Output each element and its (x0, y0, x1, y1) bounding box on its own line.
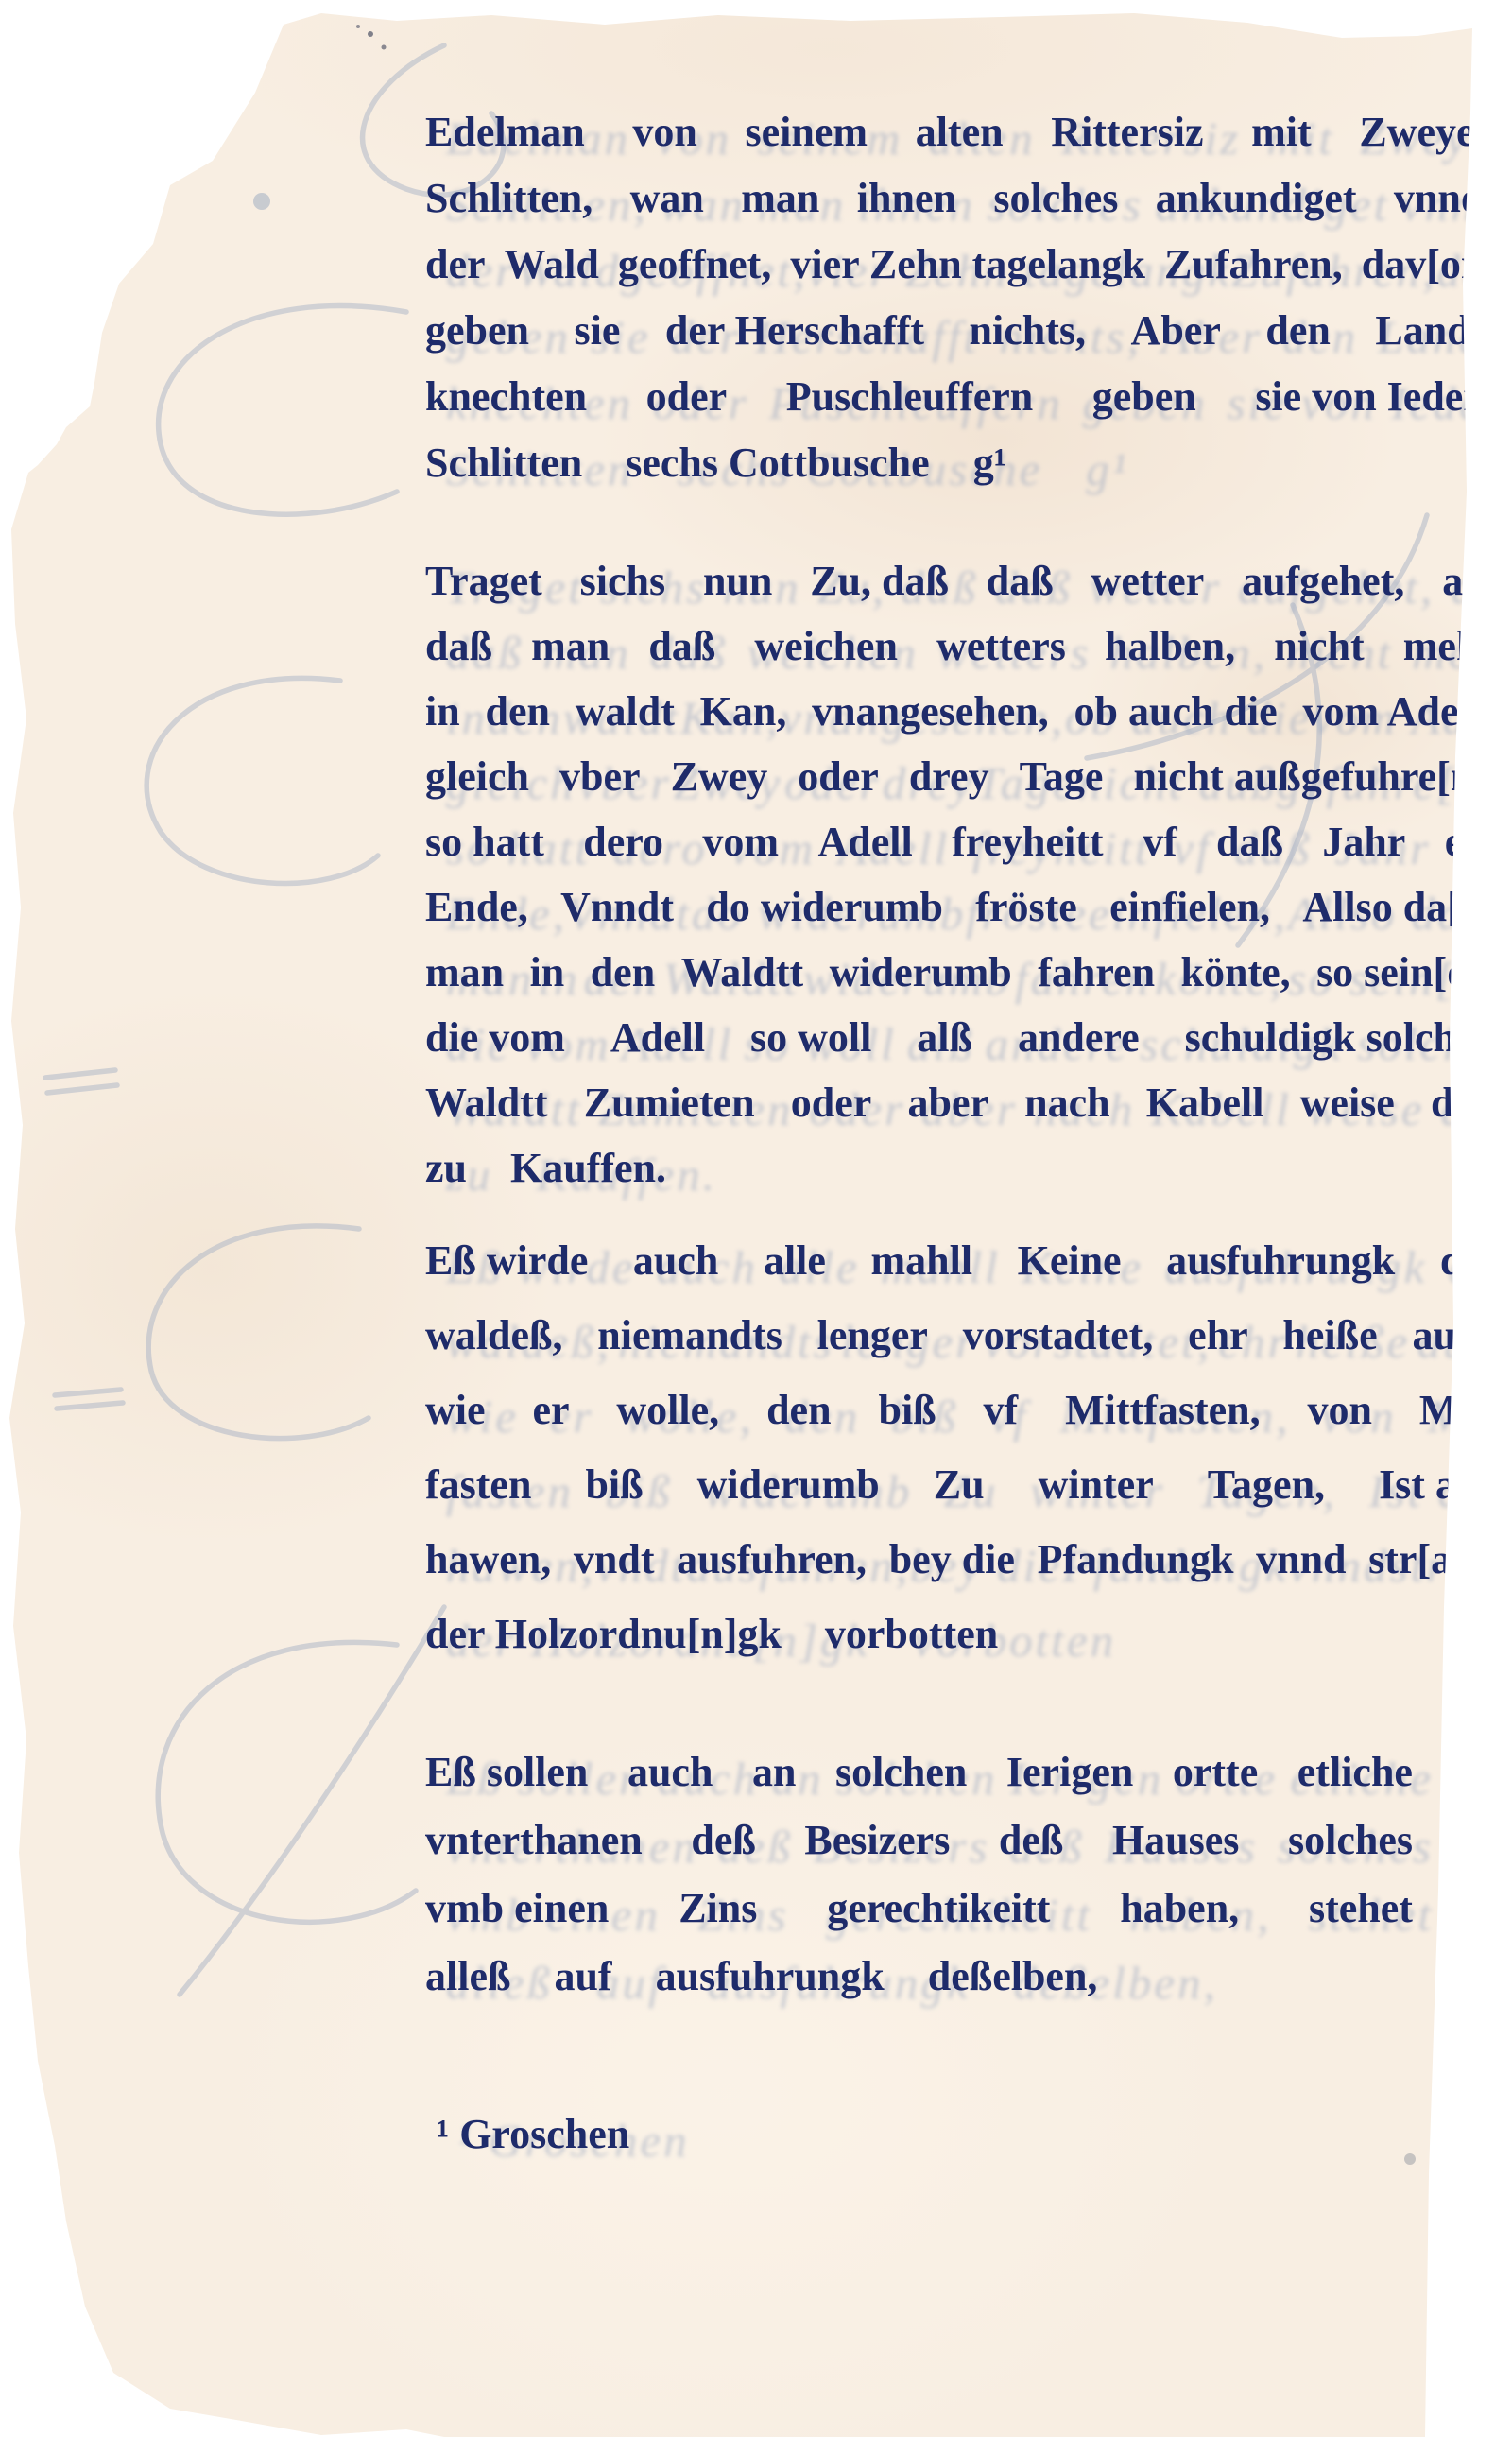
word-group: hawen, (425, 1535, 551, 1583)
word-group: er (532, 1386, 569, 1434)
word-group: ankundiget (1156, 174, 1357, 222)
paragraph-p1: EdelmanvonseinemaltenRittersizmitZweyenS… (425, 98, 1498, 495)
word-group: Zwey (671, 752, 768, 801)
word-group: knechten (425, 372, 587, 421)
text-line: fastenbißwiderumbZuwinterTagen,Ist alle (425, 1447, 1498, 1522)
word-group: widerumb (830, 948, 1012, 996)
word-group: ortte (1173, 1748, 1258, 1796)
word-group: solchen (835, 1748, 967, 1796)
word-group: geben (425, 306, 529, 354)
word-group: mehr (1403, 622, 1498, 670)
word-group: Schlitten, (425, 174, 593, 222)
word-group: Puschleuffern (786, 372, 1034, 421)
word-group: sie von Iedem (1255, 372, 1498, 421)
text-line: vmb einenZinsgerechtikeitthaben,stehet (425, 1874, 1413, 1942)
word-group: der Herschafft (665, 306, 924, 354)
word-group: auch (1412, 1311, 1497, 1359)
text-line: Schlittensechs Cottbuscheg¹ (425, 429, 1498, 495)
word-group: vndt (574, 1535, 655, 1583)
word-group: dav[on] (1362, 240, 1498, 288)
word-group: Zu, daß (810, 557, 949, 605)
word-group: drey (909, 752, 989, 801)
word-group: mahll (870, 1236, 972, 1285)
word-group: widerumb (697, 1460, 880, 1509)
word-group: nicht (1274, 622, 1364, 670)
word-group: die vom (425, 1013, 565, 1062)
word-group: mit (1251, 108, 1312, 156)
word-group: ein (1445, 818, 1498, 866)
word-group: Tagen, (1208, 1460, 1325, 1509)
word-group: daß (425, 622, 492, 670)
transcription-text: EdelmanvonseinemaltenRittersizmitZweyenS… (0, 0, 1512, 2437)
word-group: lenger (817, 1311, 928, 1359)
word-group: Zu (934, 1460, 985, 1509)
text-line: gleichvberZweyoderdreyTagenicht außgefuh… (425, 744, 1498, 809)
word-group: fröste (975, 883, 1077, 931)
word-group: gerechtikeitt (827, 1884, 1050, 1932)
word-group: gleich (425, 752, 529, 801)
word-group: man (741, 174, 819, 222)
word-group: vnndt (1394, 174, 1498, 222)
paragraph-p3: Eß wirdeauchallemahllKeineausfuhrungkdes… (425, 1223, 1498, 1671)
word-group: vom Ade[l] (1302, 687, 1498, 735)
word-group: heiße (1282, 1311, 1377, 1359)
text-line: manindenWaldttwiderumbfahrenkönte,so sei… (425, 940, 1498, 1005)
text-line: knechtenoderPuschleufferngebensie von Ie… (425, 363, 1498, 429)
word-group: vnnd (1256, 1535, 1346, 1583)
word-group: Waldtt (681, 948, 804, 996)
text-line: alleßaufausfuhrungkdeßelben, (425, 1942, 1413, 2010)
word-group: deßelben, (928, 1952, 1098, 2000)
word-group: solches (1288, 1816, 1413, 1864)
word-group: Zweyen (1359, 108, 1498, 156)
word-group: ob auch die (1074, 687, 1278, 735)
text-line: die vomAdellso wollalßandereschuldigk so… (425, 1005, 1498, 1070)
word-group: Adell (817, 818, 912, 866)
word-group: Wald (505, 240, 599, 288)
word-group: in (425, 687, 460, 735)
word-group: Schlitten (425, 439, 582, 487)
word-group: dero (583, 818, 663, 866)
word-group: so sein[dt] (1316, 948, 1498, 996)
word-group: den (766, 1386, 831, 1434)
word-group: oder (798, 752, 879, 801)
word-group: alle (764, 1236, 826, 1285)
word-group: des (1449, 1240, 1512, 1294)
word-group: wan (630, 174, 704, 222)
word-group: wetter (1091, 557, 1205, 605)
word-group: sie (575, 306, 621, 354)
word-group: vier Zehn tagelangk (790, 240, 1145, 288)
word-group: Ist alle (1379, 1460, 1498, 1509)
word-group: könte, (1181, 948, 1291, 996)
word-group: Eß sollen (425, 1748, 588, 1796)
word-group: Waldtt (425, 1079, 548, 1127)
word-group: einfielen, (1109, 883, 1270, 931)
word-group: Ende, (425, 883, 528, 931)
word-group: zu (425, 1144, 467, 1192)
word-group: vber (559, 752, 641, 801)
word-group: Keine (1018, 1236, 1122, 1285)
word-group: alten (916, 108, 1004, 156)
word-group: biß (878, 1386, 936, 1434)
word-group: vf (984, 1386, 1019, 1434)
word-group: auch (633, 1236, 718, 1285)
word-group: weichen (754, 622, 898, 670)
word-group: freyheitt (952, 818, 1103, 866)
text-line: Ende,Vnndtdo widerumbfrösteeinfielen,All… (425, 874, 1498, 940)
word-group: do widerumb (706, 883, 943, 931)
word-group: solches (993, 174, 1118, 222)
word-group: Vnndt (560, 883, 674, 931)
word-group: des (1440, 1236, 1498, 1285)
text-line: Schlitten,wanmanihnensolchesankundigetvn… (425, 164, 1498, 231)
word-group: daß (987, 557, 1054, 605)
word-group: Adell (610, 1013, 705, 1062)
word-group: wolle, (616, 1386, 719, 1434)
word-group: Pfandungk (1038, 1535, 1234, 1583)
word-group: dan (1440, 1082, 1512, 1136)
text-line: wieerwolle,denbißvfMittfasten,vonMit- (425, 1373, 1498, 1447)
text-line: der Holzordnu[n]gkvorbotten (425, 1597, 1498, 1671)
text-line: vnterthanendeßBesizersdeßHausessolches (425, 1806, 1413, 1874)
paragraph-footnote: ¹ Groschen (437, 2100, 629, 2167)
word-group: fasten (425, 1460, 531, 1509)
word-group: Traget (425, 557, 542, 605)
word-group: oder (646, 372, 728, 421)
text-line: daßmandaßweichenwettershalben,nichtmehr (425, 614, 1498, 679)
word-group: der Holzordnu[n]gk (425, 1610, 782, 1658)
word-group: geben (1092, 372, 1196, 421)
word-group: winter (1039, 1460, 1154, 1509)
paragraph-p2: TragetsichsnunZu, daßdaßwetteraufgehet,a… (425, 548, 1498, 1201)
word-group: ihnen (857, 174, 956, 222)
text-line: derWaldgeoffnet,vier Zehn tagelangkZufah… (425, 231, 1498, 297)
word-group: den (591, 948, 655, 996)
word-group: weise (1300, 1079, 1395, 1127)
text-line: zuKauffen. (425, 1135, 1498, 1201)
word-group: aufgehet, (1242, 557, 1404, 605)
word-group: halben, (1105, 622, 1235, 670)
word-group: Allso da[ß] (1302, 883, 1498, 931)
word-group: Aber (1131, 306, 1221, 354)
word-group: Tage (1020, 752, 1104, 801)
word-group: ausfuhrungk (656, 1952, 885, 2000)
word-group: an (752, 1748, 796, 1796)
word-group: ausfuhrungk (1166, 1236, 1395, 1285)
word-group: dan (1431, 1079, 1498, 1127)
word-group: ¹ Groschen (437, 2110, 629, 2158)
word-group: str[afe] (1368, 1535, 1498, 1583)
text-line: gebensieder Herschafftnichts,AberdenLand… (425, 297, 1498, 363)
word-group: Besizers (804, 1816, 950, 1864)
word-group: alß (917, 1013, 972, 1062)
word-group: so woll (750, 1013, 871, 1062)
word-group: ausfuhren, (677, 1535, 867, 1583)
word-group: niemandts (597, 1311, 782, 1359)
word-group: etliche (1297, 1748, 1413, 1796)
word-group: stehet (1309, 1884, 1413, 1932)
word-group: den (485, 687, 549, 735)
word-group: schuldigk solchen (1185, 1013, 1498, 1062)
word-group: geoffnet, (618, 240, 772, 288)
word-group: haben, (1120, 1884, 1239, 1932)
word-group: alß (1442, 557, 1498, 605)
word-group: man (425, 948, 504, 996)
text-line: Eß sollenauchansolchenIerigenortteetlich… (425, 1737, 1413, 1806)
word-group: Kauffen. (510, 1144, 666, 1192)
word-group: Zins (679, 1884, 757, 1932)
word-group: nicht außgefuhre[n,] (1133, 752, 1497, 801)
word-group: auf (554, 1952, 611, 2000)
word-group: Zumieten (584, 1079, 755, 1127)
text-line: WaldttZumietenoderabernachKabellweisedan (425, 1070, 1498, 1135)
word-group: daß (648, 622, 715, 670)
word-group: Landt- (1375, 306, 1498, 354)
word-group: vnterthanen (425, 1816, 643, 1864)
word-group: Edelman (425, 108, 585, 156)
word-group: daß (1216, 818, 1283, 866)
word-group: waldeß, (425, 1311, 562, 1359)
word-group: vf (1143, 818, 1177, 866)
word-group: bey die (889, 1535, 1015, 1583)
text-line: so hattderovomAdellfreyheittvfdaßJahrein (425, 809, 1498, 874)
word-group: alleß (425, 1952, 510, 2000)
word-group: Eß wirde (425, 1236, 588, 1285)
word-group: oder (791, 1079, 872, 1127)
word-group: vnangesehen, (812, 687, 1049, 735)
text-line: waldeß,niemandtslengervorstadtet,ehrheiß… (425, 1298, 1498, 1373)
text-line: EdelmanvonseinemaltenRittersizmitZweyen (425, 98, 1498, 164)
word-group: vom (702, 818, 779, 866)
word-group: deß (691, 1816, 755, 1864)
word-group: von (632, 108, 696, 156)
word-group: in (530, 948, 565, 996)
word-group: nun (703, 557, 772, 605)
word-group: deß (999, 1816, 1063, 1864)
word-group: Mittfasten, (1065, 1386, 1261, 1434)
text-line: hawen,vndtausfuhren,bey diePfandungkvnnd… (425, 1522, 1498, 1597)
word-group: man (531, 622, 610, 670)
word-group: so hatt (425, 818, 544, 866)
text-line: TragetsichsnunZu, daßdaßwetteraufgehet,a… (425, 548, 1498, 614)
word-group: nichts, (970, 306, 1086, 354)
word-group: vorbotten (825, 1610, 998, 1658)
text-line: ¹ Groschen (437, 2100, 629, 2167)
word-group: waldt (576, 687, 675, 735)
scanned-document: EdelmanvonseinemaltenRittersizmitZweyenS… (0, 0, 1512, 2437)
manuscript-page: EdelmanvonseinemaltenRittersizmitZweyenS… (0, 0, 1512, 2437)
word-group: ehr (1188, 1311, 1248, 1359)
word-group: wetters (936, 622, 1066, 670)
word-group: aber (907, 1079, 988, 1127)
word-group: g¹ (973, 439, 1006, 487)
word-group: seinem (746, 108, 868, 156)
word-group: Mit- (1419, 1386, 1498, 1434)
paragraph-p4: Eß sollenauchansolchenIerigenortteetlich… (425, 1737, 1413, 2010)
text-line: Eß wirdeauchallemahllKeineausfuhrungkdes (425, 1223, 1498, 1298)
word-group: Kabell (1146, 1079, 1264, 1127)
text-line: indenwaldtKan,vnangesehen,ob auch dievom… (425, 679, 1498, 744)
word-group: sichs (580, 557, 665, 605)
word-group: nach (1024, 1079, 1109, 1127)
word-group: auch (627, 1748, 713, 1796)
word-group: biß (585, 1460, 643, 1509)
word-group: wie (425, 1386, 486, 1434)
word-group: vmb einen (425, 1884, 609, 1932)
word-group: fahren (1038, 948, 1155, 996)
word-group: Jahr (1322, 818, 1405, 866)
word-group: den (1265, 306, 1330, 354)
word-group: Ierigen (1006, 1748, 1133, 1796)
word-group: Rittersiz (1051, 108, 1203, 156)
word-group: Hauses (1112, 1816, 1239, 1864)
word-group: Kan, (700, 687, 787, 735)
word-group: andere (1018, 1013, 1140, 1062)
word-group: der (425, 240, 486, 288)
word-group: von (1308, 1386, 1372, 1434)
word-group: ein (1453, 821, 1512, 875)
word-group: vorstadtet, (963, 1311, 1154, 1359)
word-group: sechs Cottbusche (626, 439, 929, 487)
word-group: Zufahren, (1164, 240, 1343, 288)
